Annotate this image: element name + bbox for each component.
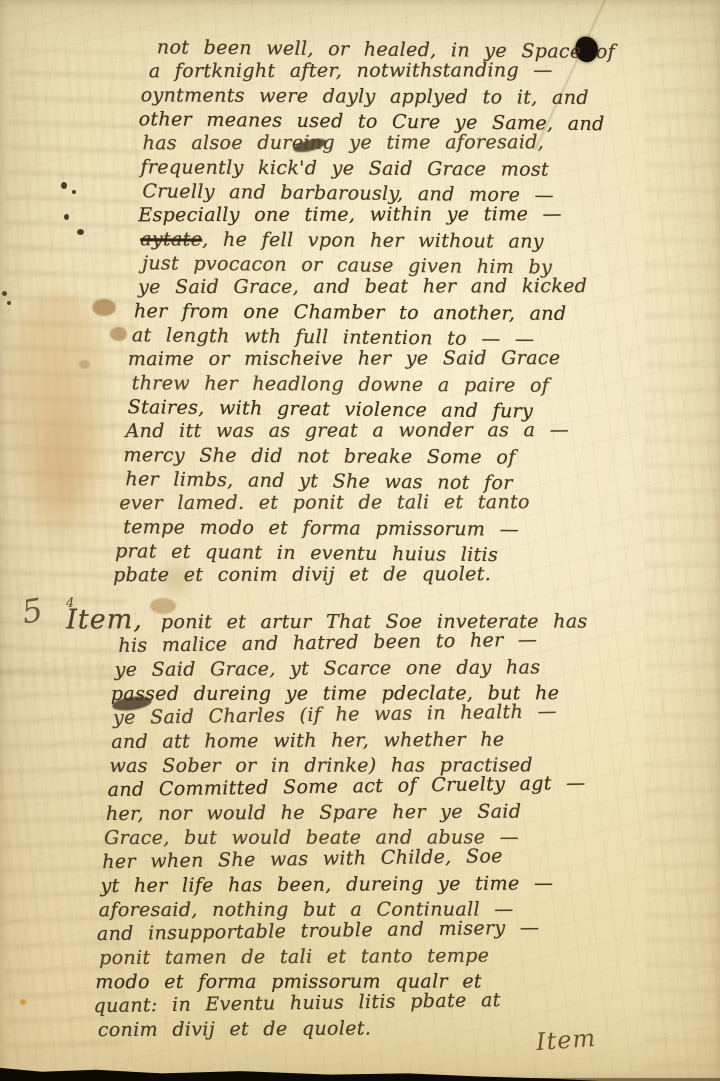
manuscript-page: not been well, or healed, in ye Space of… bbox=[0, 0, 720, 1081]
ink-dot bbox=[2, 291, 7, 296]
item-marker: Item, bbox=[66, 604, 143, 635]
brown-spot bbox=[79, 360, 90, 369]
manuscript-line: pbate et conim divij et de quolet. bbox=[113, 562, 613, 587]
paragraph-2: Item,ponit et artur That Soe inveterate … bbox=[86, 604, 591, 1042]
manuscript-line: oyntments were dayly applyed to it, and bbox=[141, 83, 615, 110]
manuscript-line: And itt was as great a wonder as a — bbox=[126, 418, 614, 443]
ink-dot bbox=[61, 182, 67, 189]
line-continuation: , he fell vpon her without any bbox=[202, 229, 544, 253]
manuscript-line: maime or mischeive her ye Said Grace bbox=[128, 346, 614, 371]
manuscript-line: conim divij et de quolet. bbox=[98, 1015, 592, 1042]
bleedthrough-right bbox=[645, 0, 720, 1081]
manuscript-line-with-strikeout: aytate, he fell vpon her without any bbox=[140, 227, 614, 254]
manuscript-line: a fortknight after, notwithstanding — bbox=[149, 58, 615, 83]
ink-dot bbox=[64, 214, 69, 220]
manuscript-line: ever lamed. et ponit de tali et tanto bbox=[119, 490, 613, 515]
manuscript-line: her, nor would he Spare her ye Said bbox=[106, 799, 590, 826]
manuscript-line: tempe modo et forma pmissorum — bbox=[123, 515, 613, 542]
manuscript-line: mercy She did not breake Some of bbox=[123, 443, 613, 470]
manuscript-line: yt her life has been, dureing ye time — bbox=[100, 871, 590, 898]
margin-number: 5 bbox=[19, 591, 46, 632]
ink-dot bbox=[72, 190, 76, 194]
ink-dot bbox=[77, 229, 84, 235]
manuscript-line: ye Said Grace, yt Scarce one day has bbox=[115, 655, 589, 682]
manuscript-line: has alsoe dureing ye time aforesaid, bbox=[143, 130, 615, 155]
manuscript-line: ponit tamen de tali et tanto tempe bbox=[99, 943, 591, 970]
manuscript-line: her from one Chamber to another, and bbox=[134, 299, 614, 326]
orange-speck bbox=[20, 999, 26, 1005]
manuscript-line: ye Said Grace, and beat her and kicked bbox=[138, 274, 614, 299]
paragraph-1: not been well, or healed, in ye Space of… bbox=[111, 35, 615, 589]
catchword: Item bbox=[535, 1024, 597, 1056]
manuscript-line: and att home with her, whether he bbox=[111, 727, 589, 754]
torn-bottom-edge bbox=[0, 1065, 600, 1081]
ink-dot bbox=[7, 301, 11, 305]
struck-word: aytate bbox=[140, 228, 202, 250]
manuscript-line: threw her headlong downe a paire of bbox=[132, 371, 614, 398]
manuscript-line: Especially one time, within ye time — bbox=[138, 202, 614, 227]
manuscript-line: frequently kick'd ye Said Grace most bbox=[140, 155, 614, 182]
